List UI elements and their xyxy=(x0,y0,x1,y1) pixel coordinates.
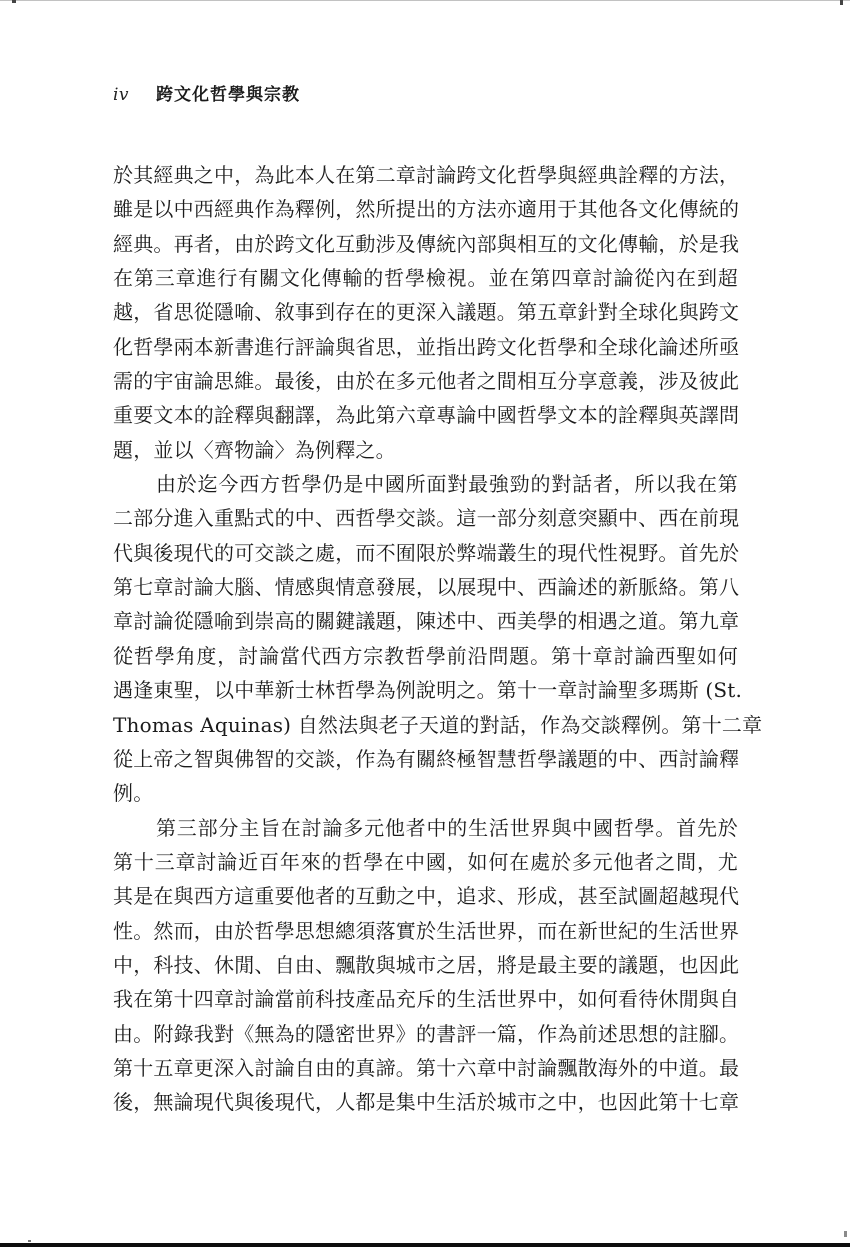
scan-speck xyxy=(844,1231,847,1237)
text-line: 代與後現代的可交談之處，而不囿限於弊端叢生的現代性視野。首先於 xyxy=(113,536,738,570)
text-line: 由於迄今西方哲學仍是中國所面對最強勁的對話者，所以我在第 xyxy=(113,467,738,501)
page-header: iv 跨文化哲學與宗教 xyxy=(113,85,300,105)
scan-artifact-bottom-bar xyxy=(0,1243,850,1247)
running-title: 跨文化哲學與宗教 xyxy=(156,85,300,105)
text-line: 經典。再者，由於跨文化互動涉及傳統內部與相互的文化傳輸，於是我 xyxy=(113,227,738,261)
text-line: 化哲學兩本新書進行評論與省思，並指出跨文化哲學和全球化論述所亟 xyxy=(113,330,738,364)
page-number: iv xyxy=(113,85,129,105)
text-line: 性。然而，由於哲學思想總須落實於生活世界，而在新世紀的生活世界 xyxy=(113,914,738,948)
text-line: 章討論從隱喻到崇高的關鍵議題，陳述中、西美學的相遇之道。第九章 xyxy=(113,604,738,638)
text-line: 由。附錄我對《無為的隱密世界》的書評一篇，作為前述思想的註腳。 xyxy=(113,1017,738,1051)
text-line: 其是在與西方這重要他者的互動之中，追求、形成，甚至試圖超越現代 xyxy=(113,879,738,913)
text-line: 中，科技、休閒、自由、飄散與城市之居，將是最主要的議題，也因此 xyxy=(113,948,738,982)
text-line: 二部分進入重點式的中、西哲學交談。這一部分刻意突顯中、西在前現 xyxy=(113,501,738,535)
text-line: Thomas Aquinas) 自然法與老子天道的對話，作為交談釋例。第十二章 xyxy=(113,708,738,742)
book-page: iv 跨文化哲學與宗教 於其經典之中，為此本人在第二章討論跨文化哲學與經典詮釋的… xyxy=(0,0,850,1247)
text-line: 需的宇宙論思維。最後，由於在多元他者之間相互分享意義，涉及彼此 xyxy=(113,364,738,398)
scan-speck xyxy=(12,0,16,3)
text-line: 雖是以中西經典作為釋例，然所提出的方法亦適用于其他各文化傳統的 xyxy=(113,192,738,226)
text-line: 於其經典之中，為此本人在第二章討論跨文化哲學與經典詮釋的方法， xyxy=(113,158,738,192)
text-line: 例。 xyxy=(113,776,738,810)
text-line: 後，無論現代與後現代，人都是集中生活於城市之中，也因此第十七章 xyxy=(113,1085,738,1119)
text-line: 題，並以〈齊物論〉為例釋之。 xyxy=(113,433,738,467)
text-line: 第十三章討論近百年來的哲學在中國，如何在處於多元他者之間，尤 xyxy=(113,845,738,879)
text-line: 從上帝之智與佛智的交談，作為有關終極智慧哲學議題的中、西討論釋 xyxy=(113,742,738,776)
text-line: 從哲學角度，討論當代西方宗教哲學前沿問題。第十章討論西聖如何 xyxy=(113,639,738,673)
text-line: 重要文本的詮釋與翻譯，為此第六章專論中國哲學文本的詮釋與英譯問 xyxy=(113,398,738,432)
text-line: 在第三章進行有關文化傳輸的哲學檢視。並在第四章討論從內在到超 xyxy=(113,261,738,295)
text-line: 越，省思從隱喻、敘事到存在的更深入議題。第五章針對全球化與跨文 xyxy=(113,295,738,329)
text-line: 第七章討論大腦、情感與情意發展，以展現中、西論述的新脈絡。第八 xyxy=(113,570,738,604)
scan-artifact-top-edge xyxy=(0,0,850,1)
body-text: 於其經典之中，為此本人在第二章討論跨文化哲學與經典詮釋的方法， 雖是以中西經典作… xyxy=(113,158,738,1120)
text-line: 第十五章更深入討論自由的真諦。第十六章中討論飄散海外的中道。最 xyxy=(113,1051,738,1085)
scan-speck xyxy=(28,1240,31,1242)
text-line: 我在第十四章討論當前科技產品充斥的生活世界中，如何看待休閒與自 xyxy=(113,982,738,1016)
scan-speck xyxy=(840,0,843,5)
text-line: 遇逢東聖，以中華新士林哲學為例說明之。第十一章討論聖多瑪斯 (St. xyxy=(113,673,738,707)
text-line: 第三部分主旨在討論多元他者中的生活世界與中國哲學。首先於 xyxy=(113,811,738,845)
